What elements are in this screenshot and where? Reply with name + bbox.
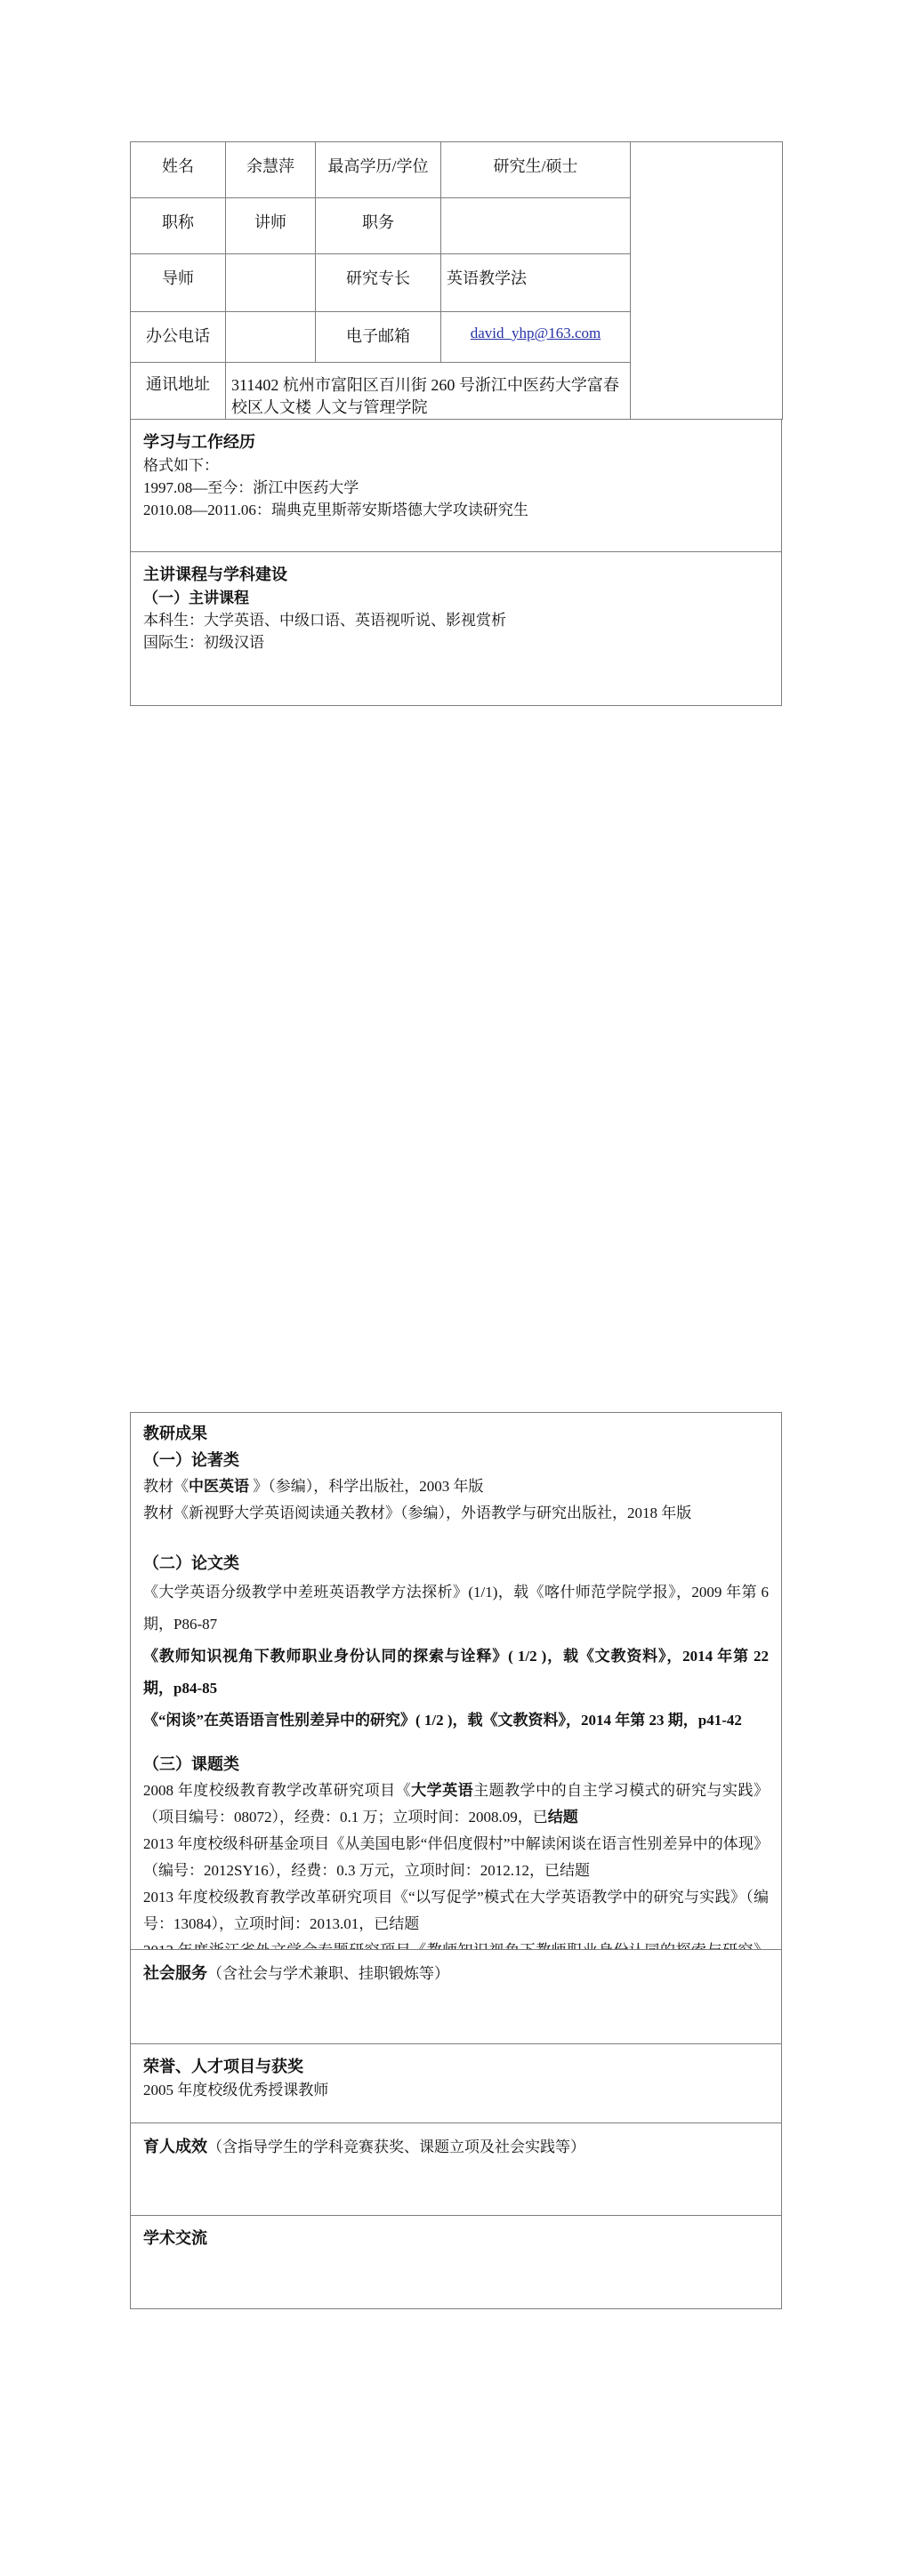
spacer [143, 1527, 769, 1550]
email-label: 电子邮箱 [316, 312, 441, 363]
projects-heading: （三）课题类 [143, 1751, 769, 1778]
photo-placeholder [631, 142, 783, 420]
project-item: 2013 年度校级科研基金项目《从美国电影“伴侣度假村”中解读闲谈在语言性别差异… [143, 1831, 769, 1884]
nurturing-note: （含指导学生的学科竞赛获奖、课题立项及社会实践等） [207, 2139, 585, 2155]
table-row: 姓名 余慧萍 最高学历/学位 研究生/硕士 [131, 142, 783, 198]
title-label: 职称 [131, 198, 226, 254]
courses-title: 主讲课程与学科建设 [143, 566, 287, 583]
work-item: 教材《中医英语 》（参编），科学出版社，2003 年版 [143, 1473, 769, 1500]
section-honors: 荣誉、人才项目与获奖 2005 年度校级优秀授课教师 [130, 2043, 782, 2123]
section-academic-exchange: 学术交流 [130, 2215, 782, 2309]
papers-heading: （二）论文类 [143, 1550, 769, 1577]
section-courses: 主讲课程与学科建设 （一）主讲课程 本科生：大学英语、中级口语、英语视听说、影视… [130, 551, 782, 706]
experience-line: 2010.08—2011.06：瑞典克里斯蒂安斯塔德大学攻读研究生 [143, 499, 769, 521]
address-label: 通讯地址 [131, 363, 226, 420]
mentor-label: 导师 [131, 254, 226, 312]
position-label: 职务 [316, 198, 441, 254]
office-phone-label: 办公电话 [131, 312, 226, 363]
experience-title: 学习与工作经历 [143, 433, 255, 451]
profile-block: 姓名 余慧萍 最高学历/学位 研究生/硕士 职称 讲师 职务 导师 研究专长 英… [130, 141, 782, 706]
project-item: 2013 年度浙江省外文学会专题研究项目《教师知识视角下教师职业身份认同的探索与… [143, 1938, 769, 1950]
degree-label: 最高学历/学位 [316, 142, 441, 198]
experience-line: 格式如下： [143, 454, 769, 477]
paper-item: 《大学英语分级教学中差班英语教学方法探析》(1/1)，载《喀什师范学院学报》，2… [143, 1577, 769, 1641]
works-heading: （一）论著类 [143, 1447, 769, 1473]
office-phone-value [226, 312, 316, 363]
section-nurturing: 育人成效（含指导学生的学科竞赛获奖、课题立项及社会实践等） [130, 2123, 782, 2216]
achievements-block: 教研成果 （一）论著类 教材《中医英语 》（参编），科学出版社，2003 年版 … [130, 1412, 782, 2309]
name-value: 余慧萍 [226, 142, 316, 198]
degree-value: 研究生/硕士 [441, 142, 631, 198]
courses-subtitle: （一）主讲课程 [143, 587, 769, 609]
section-experience: 学习与工作经历 格式如下： 1997.08—至今：浙江中医药大学 2010.08… [130, 419, 782, 552]
specialty-value: 英语教学法 [441, 254, 631, 312]
section-social-service: 社会服务（含社会与学术兼职、挂职锻炼等） [130, 1949, 782, 2044]
experience-line: 1997.08—至今：浙江中医药大学 [143, 477, 769, 499]
work-item: 教材《新视野大学英语阅读通关教材》（参编），外语教学与研究出版社，2018 年版 [143, 1500, 769, 1527]
spacer [143, 1737, 769, 1751]
honors-title: 荣誉、人才项目与获奖 [143, 2058, 303, 2075]
honors-line: 2005 年度校级优秀授课教师 [143, 2079, 769, 2101]
document-page: 姓名 余慧萍 最高学历/学位 研究生/硕士 职称 讲师 职务 导师 研究专长 英… [0, 0, 911, 2576]
position-value [441, 198, 631, 254]
social-service-title: 社会服务 [143, 1964, 207, 1982]
title-value: 讲师 [226, 198, 316, 254]
achievements-title: 教研成果 [143, 1420, 769, 1447]
paper-item: 《教师知识视角下教师职业身份认同的探索与诠释》( 1/2 )，载《文教资料》，2… [143, 1641, 769, 1705]
social-service-note: （含社会与学术兼职、挂职锻炼等） [207, 1965, 449, 1982]
project-item: 2013 年度校级教育教学改革研究项目《“以写促学”模式在大学英语教学中的研究与… [143, 1884, 769, 1938]
email-link[interactable]: david_yhp@163.com [471, 325, 601, 341]
courses-line: 本科生：大学英语、中级口语、英语视听说、影视赏析 [143, 609, 769, 631]
nurturing-title: 育人成效 [143, 2138, 207, 2155]
name-label: 姓名 [131, 142, 226, 198]
paper-item: 《“闲谈”在英语语言性别差异中的研究》( 1/2 )，载《文教资料》，2014 … [143, 1705, 769, 1737]
courses-line: 国际生：初级汉语 [143, 631, 769, 654]
section-achievements: 教研成果 （一）论著类 教材《中医英语 》（参编），科学出版社，2003 年版 … [130, 1412, 782, 1950]
mentor-value [226, 254, 316, 312]
project-item: 2008 年度校级教育教学改革研究项目《大学英语主题教学中的自主学习模式的研究与… [143, 1778, 769, 1831]
academic-exchange-title: 学术交流 [143, 2229, 207, 2247]
email-cell: david_yhp@163.com [441, 312, 631, 363]
specialty-label: 研究专长 [316, 254, 441, 312]
address-value: 311402 杭州市富阳区百川街 260 号浙江中医药大学富春校区人文楼 人文与… [226, 363, 631, 420]
profile-table: 姓名 余慧萍 最高学历/学位 研究生/硕士 职称 讲师 职务 导师 研究专长 英… [130, 141, 783, 420]
